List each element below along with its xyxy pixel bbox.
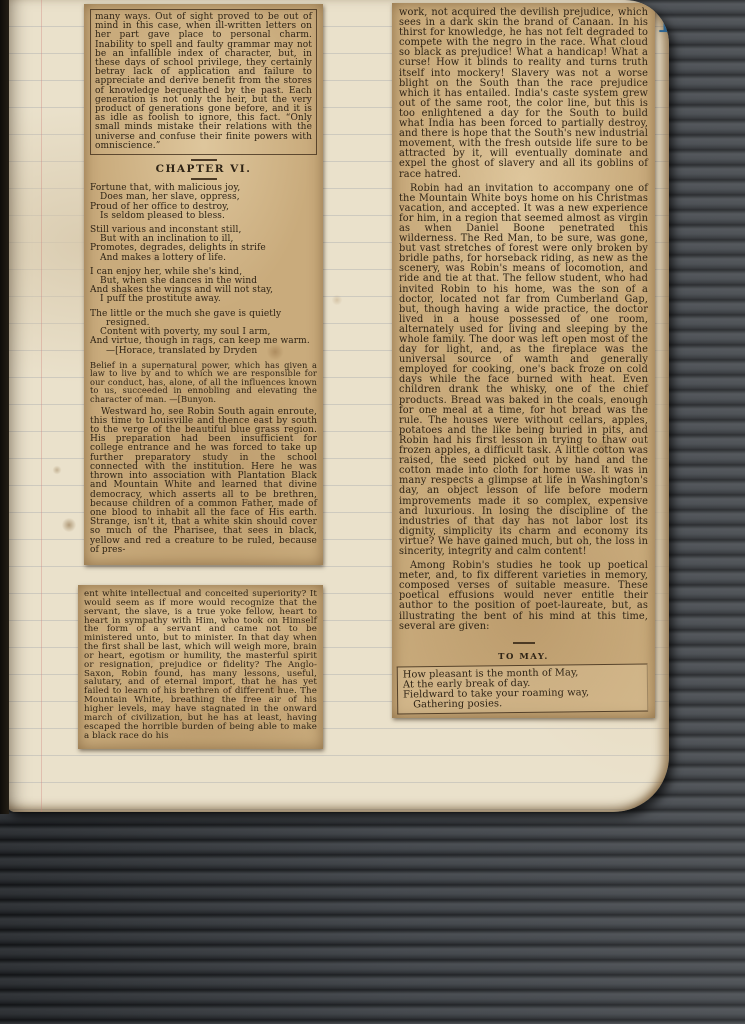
poem-stanza: I can enjoy her, while she's kind, But, …	[90, 268, 317, 305]
poem-stanza: Fortune that, with malicious joy, Does m…	[90, 184, 317, 221]
poem-line: Is seldom pleased to bless.	[90, 212, 317, 221]
section-rule	[191, 159, 217, 161]
robin-invitation-paragraph: Robin had an invitation to accompany one…	[399, 184, 648, 557]
section-rule	[513, 642, 535, 644]
poem-stanza: Still various and inconstant still, But …	[90, 226, 317, 263]
book-binding-edge	[0, 0, 9, 814]
belief-quote-paragraph: Belief in a supernatural power, which ha…	[90, 361, 317, 404]
poetical-meter-paragraph: Among Robin's studies he took up poetica…	[399, 561, 648, 632]
section-rule	[191, 178, 217, 180]
poem-line: And virtue, though in rags, can keep me …	[90, 337, 317, 355]
westward-paragraph: Westward ho, see Robin South again enrou…	[90, 408, 317, 555]
poem-line: Gathering posies.	[403, 698, 642, 711]
scanned-scrapbook-page: 151 many ways. Out of sight proved to be…	[0, 0, 745, 1024]
opening-paragraph: many ways. Out of sight proved to be out…	[90, 9, 317, 155]
poem-line: The little or the much she gave is quiet…	[90, 310, 317, 328]
to-may-heading: TO MAY.	[399, 652, 648, 662]
chapter-heading: CHAPTER VI.	[90, 165, 317, 174]
continuation-paragraph: ent white intellectual and conceited sup…	[84, 590, 317, 740]
prejudice-paragraph: work, not acquired the devilish prejudic…	[399, 8, 648, 180]
ledger-margin-line	[41, 0, 42, 812]
poem-stanza: The little or the much she gave is quiet…	[90, 310, 317, 356]
scrapbook-page: 151 many ways. Out of sight proved to be…	[7, 0, 669, 812]
newspaper-clipping-left-top: many ways. Out of sight proved to be out…	[84, 4, 323, 565]
poem-line: And makes a lottery of life.	[90, 254, 317, 263]
to-may-poem: How pleasant is the month of May, At the…	[397, 663, 649, 714]
poem-line: I puff the prostitute away.	[90, 295, 317, 304]
newspaper-clipping-left-bottom: ent white intellectual and conceited sup…	[78, 585, 323, 749]
newspaper-clipping-right: work, not acquired the devilish prejudic…	[392, 3, 655, 718]
